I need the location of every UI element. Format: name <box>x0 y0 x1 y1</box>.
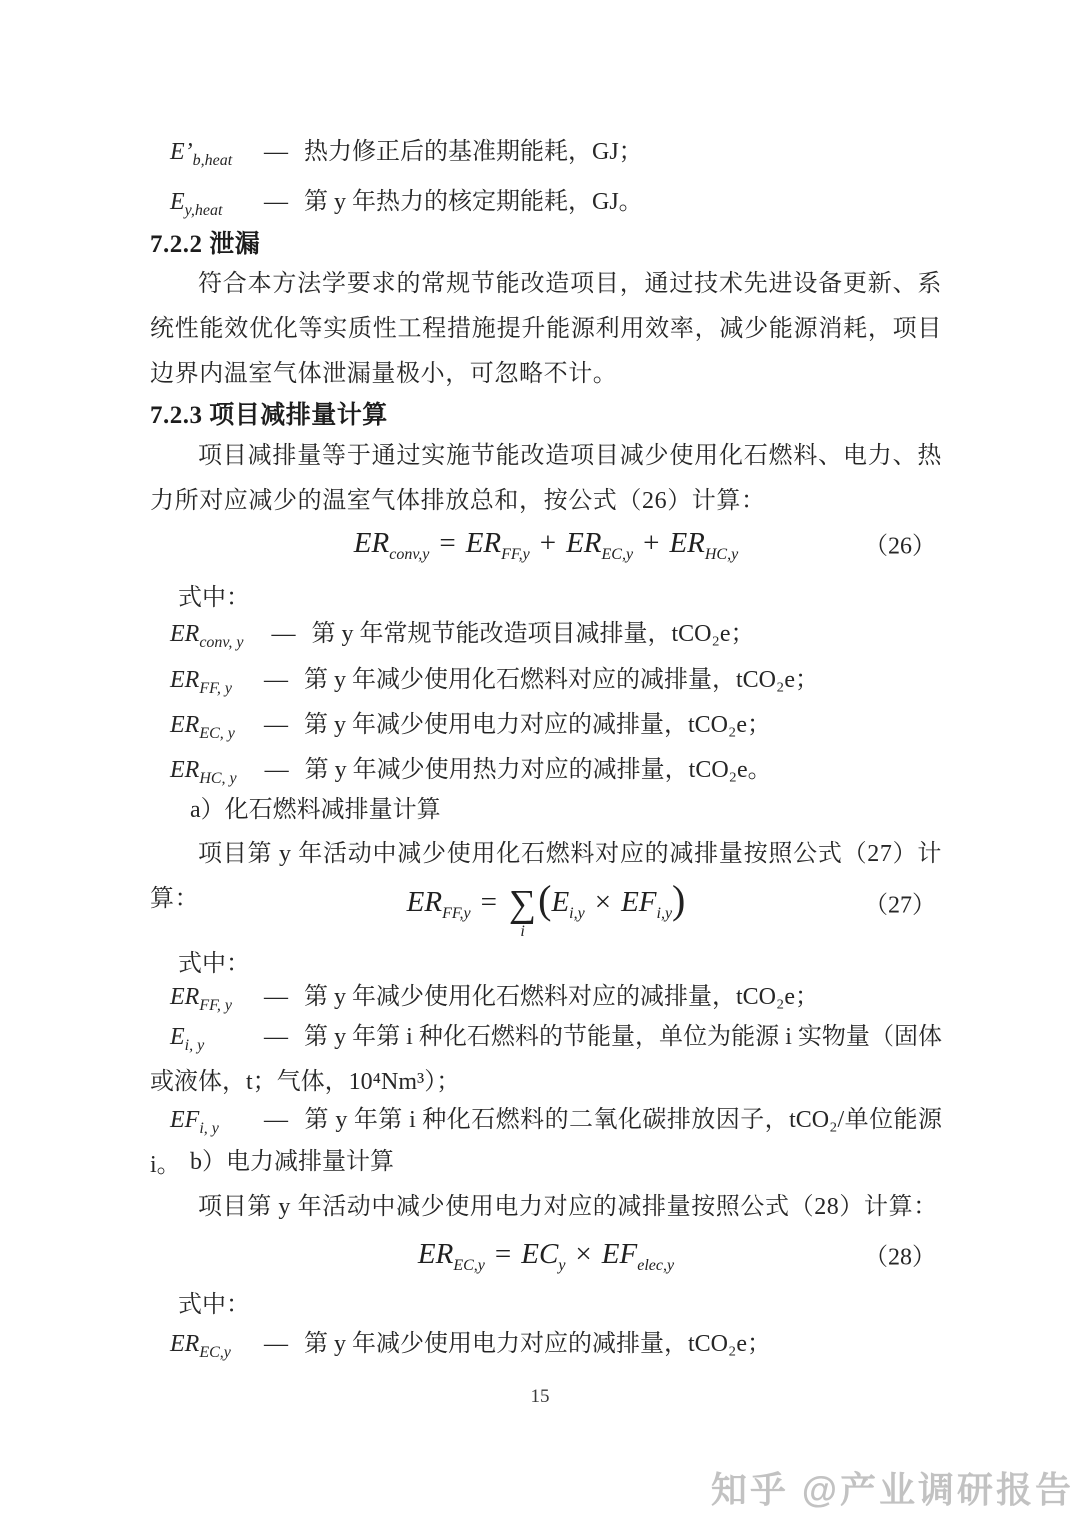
dash-separator: — <box>244 703 288 748</box>
symbol-subscript: i, y <box>199 1120 219 1137</box>
item-b-label: b）电力减排量计算 <box>150 1140 942 1185</box>
equation-number-26: （26） <box>864 526 936 561</box>
var-sub: FF,y <box>501 545 530 562</box>
var-sub: conv,y <box>389 545 429 562</box>
symbol-term: ERconv, y <box>170 612 243 657</box>
plus-operator: + <box>633 527 669 560</box>
symbol-base: ER <box>170 621 199 647</box>
watermark-text: 知乎 @产业调研报告 <box>711 1462 1074 1513</box>
plus-operator: + <box>530 527 566 560</box>
symbol-subscript: HC, y <box>199 770 236 787</box>
definition-row-e-b-heat: E’b,heat—热力修正后的基准期能耗，GJ； <box>150 130 942 175</box>
symbol-description: 第 y 年减少使用热力对应的减排量，tCO₂e。 <box>305 757 772 783</box>
symbol-description: 第 y 年热力的核定期能耗，GJ。 <box>304 189 643 215</box>
var-sub: i,y <box>569 904 585 921</box>
var-base: ER <box>566 527 601 559</box>
var-sub: FF,y <box>442 904 471 921</box>
symbol-description: 第 y 年减少使用化石燃料对应的减排量，tCO₂e； <box>304 984 819 1010</box>
symbol-subscript: FF, y <box>199 997 232 1014</box>
symbol-base: E <box>170 189 185 215</box>
symbol-term: EREC, y <box>170 703 236 748</box>
symbol-description: 第 y 年常规节能改造项目减排量，tCO₂e； <box>311 621 754 647</box>
var-base: ER <box>418 1238 453 1270</box>
symbol-base: ER <box>170 984 199 1010</box>
symbol-base: ER <box>170 1331 199 1357</box>
section-heading-7-2-2: 7.2.2 泄漏 <box>150 222 942 267</box>
symbol-base: ER <box>170 712 199 738</box>
paragraph-project-reduction: 项目减排量等于通过实施节能改造项目减少使用化石燃料、电力、热力所对应减少的温室气… <box>150 434 942 524</box>
var-ef-i-y: EFi,y <box>621 886 672 919</box>
var-sub: HC,y <box>705 545 738 562</box>
symbol-base: E <box>170 1024 185 1050</box>
symbol-subscript: b,heat <box>193 152 233 169</box>
dash-separator: — <box>244 180 288 225</box>
var-er-ff-y: ERFF,y <box>407 886 471 919</box>
var-sub: elec,y <box>637 1256 674 1273</box>
equation-number-27: （27） <box>864 885 936 920</box>
symbol-subscript: y,heat <box>185 202 223 219</box>
symbol-term: Ei, y <box>170 1015 236 1060</box>
equals-operator: = <box>429 527 465 560</box>
var-sub: EC,y <box>453 1256 485 1273</box>
section-heading-7-2-3: 7.2.3 项目减排量计算 <box>150 393 942 438</box>
symbol-subscript: FF, y <box>199 680 232 697</box>
definition-row-er-ff-y: ERFF, y—第 y 年减少使用化石燃料对应的减排量，tCO₂e； <box>150 975 942 1020</box>
dash-separator: — <box>244 1015 288 1060</box>
symbol-term: ERFF, y <box>170 975 236 1020</box>
formula-26: ERconv,y = ERFF,y + EREC,y + ERHC,y （26） <box>150 512 942 574</box>
definition-row-e-i-y: Ei, y—第 y 年第 i 种化石燃料的节能量，单位为能源 i 实物量（固体或… <box>150 1015 942 1105</box>
var-base: ER <box>669 527 704 559</box>
var-base: EC <box>521 1238 558 1270</box>
symbol-term: ERHC, y <box>170 748 237 793</box>
definition-row-er-ec-y: EREC,y—第 y 年减少使用电力对应的减排量，tCO₂e； <box>150 1322 942 1367</box>
equals-operator: = <box>471 886 507 919</box>
symbol-description: 第 y 年减少使用电力对应的减排量，tCO₂e； <box>304 712 771 738</box>
dash-separator: — <box>245 748 289 793</box>
var-er-ec-y: EREC,y <box>566 527 633 560</box>
var-sub: i,y <box>657 904 673 921</box>
times-operator: × <box>585 886 621 919</box>
definition-row-e-y-heat: Ey,heat—第 y 年热力的核定期能耗，GJ。 <box>150 180 942 225</box>
definition-row-er-hc-y: ERHC, y—第 y 年减少使用热力对应的减排量，tCO₂e。 <box>150 748 942 793</box>
var-e-i-y: Ei,y <box>551 886 584 919</box>
definition-row-er-ec-y: EREC, y—第 y 年减少使用电力对应的减排量，tCO₂e； <box>150 703 942 748</box>
formula-28-expression: EREC,y = ECy × EFelec,y <box>418 1238 674 1271</box>
formula-26-expression: ERconv,y = ERFF,y + EREC,y + ERHC,y <box>354 527 738 560</box>
page-number: 15 <box>0 1386 1080 1408</box>
sigma-glyph: ∑ <box>509 885 536 923</box>
var-base: EF <box>602 1238 637 1270</box>
definition-row-er-conv-y: ERconv, y—第 y 年常规节能改造项目减排量，tCO₂e； <box>150 612 942 657</box>
var-er-conv-y: ERconv,y <box>354 527 430 560</box>
summation-symbol: ∑i <box>509 885 536 940</box>
symbol-base: E’ <box>170 139 193 165</box>
symbol-base: ER <box>170 667 199 693</box>
symbol-subscript: conv, y <box>199 634 243 651</box>
dash-separator: — <box>251 612 295 657</box>
var-ef-elec-y: EFelec,y <box>602 1238 674 1271</box>
symbol-term: E’b,heat <box>170 130 236 175</box>
item-a-label: a）化石燃料减排量计算 <box>150 788 942 833</box>
symbol-term: EFi, y <box>170 1098 236 1143</box>
var-base: ER <box>354 527 389 559</box>
symbol-term: Ey,heat <box>170 180 236 225</box>
equals-operator: = <box>485 1238 521 1271</box>
var-er-hc-y: ERHC,y <box>669 527 738 560</box>
symbol-subscript: EC,y <box>199 1344 231 1361</box>
symbol-description: 热力修正后的基准期能耗，GJ； <box>304 139 643 165</box>
symbol-term: ERFF, y <box>170 658 236 703</box>
var-sub: EC,y <box>602 545 634 562</box>
formula-27-expression: ERFF,y = ∑i ( Ei,y × EFi,y ) <box>407 875 686 930</box>
symbol-term: EREC,y <box>170 1322 236 1367</box>
var-ec-y: ECy <box>521 1238 565 1271</box>
var-er-ec-y: EREC,y <box>418 1238 485 1271</box>
paragraph-leakage: 符合本方法学要求的常规节能改造项目，通过技术先进设备更新、系统性能效优化等实质性… <box>150 262 942 397</box>
var-base: E <box>551 886 569 918</box>
paragraph-formula-28-intro: 项目第 y 年活动中减少使用电力对应的减排量按照公式（28）计算： <box>150 1185 942 1230</box>
var-er-ff-y: ERFF,y <box>466 527 530 560</box>
dash-separator: — <box>244 975 288 1020</box>
symbol-subscript: EC, y <box>199 725 235 742</box>
sigma-index: i <box>520 924 524 940</box>
formula-28: EREC,y = ECy × EFelec,y （28） <box>150 1225 942 1283</box>
definition-row-er-ff-y: ERFF, y—第 y 年减少使用化石燃料对应的减排量，tCO₂e； <box>150 658 942 703</box>
symbol-subscript: i, y <box>185 1037 205 1054</box>
var-base: ER <box>407 886 442 918</box>
document-page: E’b,heat—热力修正后的基准期能耗，GJ； Ey,heat—第 y 年热力… <box>0 0 1080 1527</box>
var-base: ER <box>466 527 501 559</box>
symbol-description: 第 y 年减少使用化石燃料对应的减排量，tCO₂e； <box>304 667 819 693</box>
dash-separator: — <box>244 658 288 703</box>
open-paren: ( <box>538 882 551 918</box>
equation-number-28: （28） <box>864 1237 936 1272</box>
times-operator: × <box>565 1238 601 1271</box>
dash-separator: — <box>244 1322 288 1367</box>
close-paren: ) <box>672 882 685 918</box>
symbol-base: EF <box>170 1107 199 1133</box>
symbol-base: ER <box>170 757 199 783</box>
var-sub: y <box>558 1256 565 1273</box>
symbol-description: 第 y 年减少使用电力对应的减排量，tCO₂e； <box>304 1331 771 1357</box>
dash-separator: — <box>244 130 288 175</box>
var-base: EF <box>621 886 656 918</box>
formula-27: ERFF,y = ∑i ( Ei,y × EFi,y ) （27） <box>150 860 942 944</box>
dash-separator: — <box>244 1098 288 1143</box>
